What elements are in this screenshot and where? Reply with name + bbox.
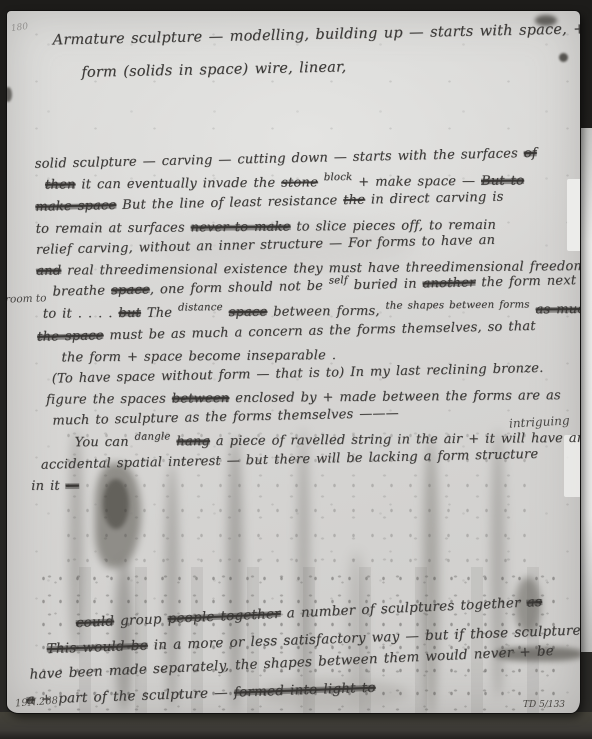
handwritten-text: Armature sculpture — modelling, building… <box>53 20 580 48</box>
handwritten-text: figure the spaces <box>46 392 172 408</box>
handwritten-text: The <box>141 306 178 321</box>
handwritten-text <box>170 434 176 449</box>
handwritten-text <box>318 175 324 190</box>
struck-text: make space <box>35 198 116 215</box>
inserted-text: the shapes between forms <box>385 300 529 312</box>
struck-text: another <box>422 276 475 292</box>
manuscript-page: 180 Armature sculpture — modelling, buil… <box>7 11 580 713</box>
struck-text: formed into light to <box>234 680 376 701</box>
handwritten-text: to remain at surfaces <box>36 220 191 236</box>
struck-text: the <box>343 193 365 208</box>
handwritten-text: the form next <box>475 273 576 290</box>
struck-text: and <box>36 264 61 279</box>
handwritten-text: in it <box>31 479 66 494</box>
struck-text: hang <box>176 434 210 449</box>
handwritten-text: + part of the sculpture — <box>34 685 234 708</box>
photo-bottom-border <box>0 712 592 739</box>
struck-text: then <box>45 178 76 193</box>
handwritten-text: in direct carving is <box>365 190 504 208</box>
mount-edge-strip <box>579 128 592 652</box>
handwritten-text: it can eventually invade the <box>75 176 281 193</box>
margin-note-room-to: room to <box>7 292 47 305</box>
struck-text: stone <box>281 175 318 190</box>
struck-text: people together <box>167 606 281 627</box>
inserted-text: self <box>329 275 348 286</box>
handwritten-text: much to sculpture as the forms themselve… <box>52 406 399 429</box>
struck-text: — <box>66 478 79 493</box>
struck-text: This would be <box>46 638 148 658</box>
inserted-text: block <box>324 172 353 183</box>
struck-text: but <box>118 306 141 321</box>
handwritten-text: group <box>114 611 168 629</box>
manuscript-block-grouping: could group people together a number of … <box>45 594 570 712</box>
struck-text: of <box>524 146 537 161</box>
struck-text: never to make <box>191 219 291 235</box>
handwritten-text: But the line of least resistance <box>116 193 343 213</box>
handwritten-text: breathe <box>52 283 111 299</box>
stain-dot <box>7 87 12 102</box>
handwritten-text: You can <box>75 434 135 450</box>
photograph-of-manuscript: 180 Armature sculpture — modelling, buil… <box>0 0 592 739</box>
manuscript-block-armature: Armature sculpture — modelling, building… <box>52 14 575 91</box>
inserted-text: dangle <box>134 431 170 442</box>
handwritten-text: , one form should not be <box>150 279 329 298</box>
struck-text: could <box>75 613 114 631</box>
struck-text: between <box>172 391 230 407</box>
struck-text: space <box>229 305 268 320</box>
handwritten-text: to it . . . . <box>43 306 119 322</box>
handwritten-text: form (solids in space) wire, linear, <box>81 59 346 81</box>
struck-text: the space <box>37 328 104 344</box>
handwritten-text <box>223 305 229 320</box>
struck-text: as <box>526 594 542 611</box>
handwritten-text: buried in <box>348 277 423 294</box>
struck-text: space <box>111 283 150 299</box>
inserted-text: distance <box>178 302 223 313</box>
archive-number-right: TD 5/133 <box>523 700 565 710</box>
handwritten-text: between forms, <box>267 304 385 320</box>
manuscript-block-solid-sculpture: solid sculpture — carving — cutting down… <box>35 146 580 497</box>
